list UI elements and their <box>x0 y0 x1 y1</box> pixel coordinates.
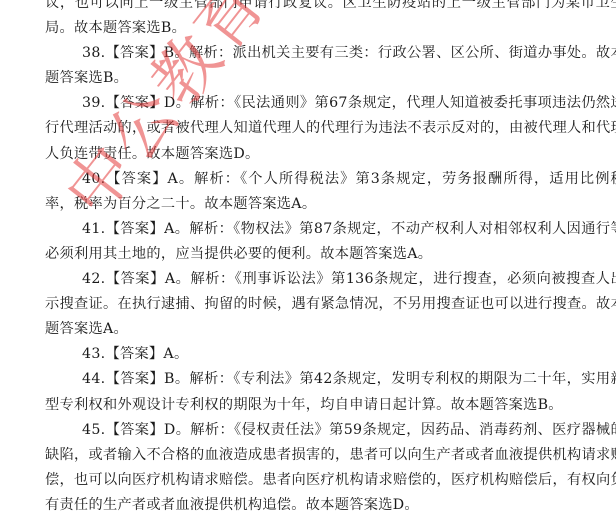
answer-43: 43.【答案】A。 <box>0 342 616 367</box>
answer-42: 42.【答案】A。解析：《刑事诉讼法》第136条规定，进行搜查，必须向被搜查人出… <box>0 267 616 342</box>
answer-41: 41.【答案】A。解析：《物权法》第87条规定，不动产权利人对相邻权利人因通行等… <box>0 217 616 267</box>
paragraph-37-continuation: 议，也可以向上一级主管部门申请行政复议。区卫生防疫站的上一级主管部门为某市卫生局… <box>0 0 616 41</box>
document-page: 议，也可以向上一级主管部门申请行政复议。区卫生防疫站的上一级主管部门为某市卫生局… <box>0 0 616 518</box>
answer-38: 38.【答案】B。解析：派出机关主要有三类：行政公署、区公所、街道办事处。故本题… <box>0 41 616 91</box>
answer-40: 40.【答案】A。解析：《个人所得税法》第3条规定，劳务报酬所得，适用比例税率，… <box>0 167 616 217</box>
answer-44: 44.【答案】B。解析：《专利法》第42条规定，发明专利权的期限为二十年，实用新… <box>0 367 616 417</box>
answer-39: 39.【答案】D。解析：《民法通则》第67条规定，代理人知道被委托事项违法仍然进… <box>0 91 616 166</box>
answer-45: 45.【答案】D。解析：《侵权责任法》第59条规定，因药品、消毒药剂、医疗器械的… <box>0 418 616 518</box>
